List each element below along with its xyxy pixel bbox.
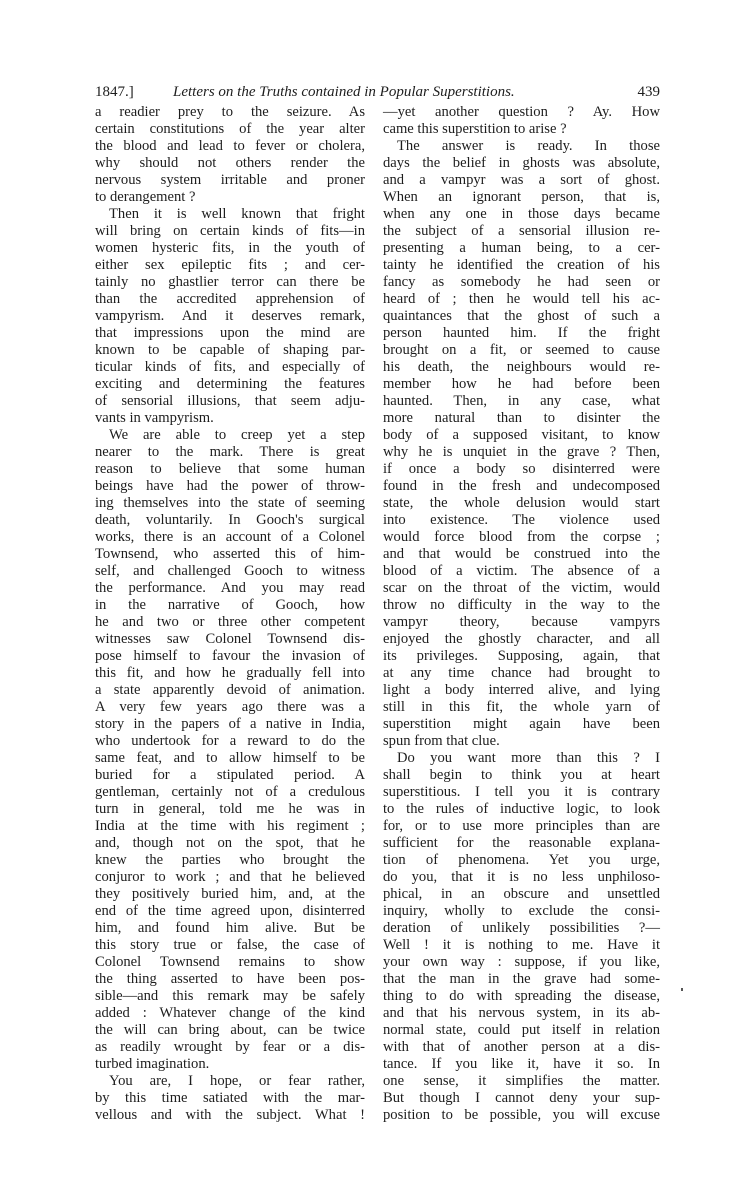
text-line: story in the papers of a native in India…: [95, 716, 365, 733]
text-line: spun from that clue.: [383, 733, 660, 750]
text-line: tainly no ghastlier terror can there be: [95, 274, 365, 291]
text-line: You are, I hope, or fear rather,: [95, 1073, 365, 1090]
text-line: light a body interred alive, and lying: [383, 682, 660, 699]
text-line: person haunted him. If the fright: [383, 325, 660, 342]
text-line: body of a supposed visitant, to know: [383, 427, 660, 444]
text-line: would force blood from the corpse ;: [383, 529, 660, 546]
text-line: this story true or false, the case of: [95, 937, 365, 954]
book-page: 1847.] Letters on the Truths contained i…: [0, 0, 750, 1180]
text-line: into existence. The violence used: [383, 512, 660, 529]
text-line: who undertook for a reward to do the: [95, 733, 365, 750]
text-line: normal state, could put itself in relati…: [383, 1022, 660, 1039]
text-line: brought on a fit, or seemed to cause: [383, 342, 660, 359]
text-line: superstition might again have been: [383, 716, 660, 733]
text-line: turbed imagination.: [95, 1056, 365, 1073]
text-line: will bring on certain kinds of fits—in: [95, 223, 365, 240]
text-line: pose himself to favour the invasion of: [95, 648, 365, 665]
text-line: sufficient for the reasonable explana-: [383, 835, 660, 852]
text-line: your own way : suppose, if you like,: [383, 954, 660, 971]
text-line: enjoyed the ghostly character, and all: [383, 631, 660, 648]
text-line: and a vampyr was a sort of ghost.: [383, 172, 660, 189]
text-line: nervous system irritable and proner: [95, 172, 365, 189]
text-line: When an ignorant person, that is,: [383, 189, 660, 206]
text-line: self, and challenged Gooch to witness: [95, 563, 365, 580]
text-line: death, voluntarily. In Gooch's surgical: [95, 512, 365, 529]
text-line: either sex epileptic fits ; and cer-: [95, 257, 365, 274]
text-line: sible—and this remark may be safely: [95, 988, 365, 1005]
text-line: phical, in an obscure and unsettled: [383, 886, 660, 903]
text-line: fancy as somebody he had seen or: [383, 274, 660, 291]
text-line: and that would be construed into the: [383, 546, 660, 563]
text-line: of sensorial illusions, that seem adju-: [95, 393, 365, 410]
text-line: gentleman, certainly not of a credulous: [95, 784, 365, 801]
text-line: its privileges. Supposing, again, that: [383, 648, 660, 665]
text-line: why should not others render the: [95, 155, 365, 172]
text-line: The answer is ready. In those: [383, 138, 660, 155]
running-header: 1847.] Letters on the Truths contained i…: [95, 84, 660, 102]
text-line: why he is unquiet in the grave ? Then,: [383, 444, 660, 461]
text-line: tance. If you like it, have it so. In: [383, 1056, 660, 1073]
text-line: tion of phenomena. Yet you urge,: [383, 852, 660, 869]
text-line: haunted. Then, in any case, what: [383, 393, 660, 410]
text-line: buried for a stipulated period. A: [95, 767, 365, 784]
text-line: works, there is an account of a Colonel: [95, 529, 365, 546]
text-line: in the narrative of Gooch, how: [95, 597, 365, 614]
text-line: still in this fit, the whole yarn of: [383, 699, 660, 716]
text-line: than the accredited apprehension of: [95, 291, 365, 308]
text-line: found in the fresh and undecomposed: [383, 478, 660, 495]
text-line: deration of unlikely possibilities ?—: [383, 920, 660, 937]
text-line: to the rules of inductive logic, to look: [383, 801, 660, 818]
text-line: blood of a victim. The absence of a: [383, 563, 660, 580]
page-number: 439: [638, 84, 661, 101]
text-line: Colonel Townsend remains to show: [95, 954, 365, 971]
text-line: position to be possible, you will excuse: [383, 1107, 660, 1124]
text-line: ing themselves into the state of seeming: [95, 495, 365, 512]
text-line: a readier prey to the seizure. As: [95, 104, 365, 121]
text-line: Then it is well known that fright: [95, 206, 365, 223]
text-line: this fit, and how he gradually fell into: [95, 665, 365, 682]
text-line: when any one in those days became: [383, 206, 660, 223]
text-line: turn in general, told me he was in: [95, 801, 365, 818]
text-line: more natural than to disinter the: [383, 410, 660, 427]
text-line: member how he had before been: [383, 376, 660, 393]
text-line: quaintances that the ghost of such a: [383, 308, 660, 325]
text-line: the thing asserted to have been pos-: [95, 971, 365, 988]
text-line: him, and found him alive. But be: [95, 920, 365, 937]
text-line: But though I cannot deny your sup-: [383, 1090, 660, 1107]
scan-speck: [681, 988, 683, 991]
text-line: Well ! it is nothing to me. Have it: [383, 937, 660, 954]
text-line: as readily wrought by fear or a dis-: [95, 1039, 365, 1056]
header-year: 1847.]: [95, 84, 134, 101]
text-line: vampyr theory, because vampyrs: [383, 614, 660, 631]
text-line: certain constitutions of the year alter: [95, 121, 365, 138]
text-line: conjuror to work ; and that he believed: [95, 869, 365, 886]
text-line: women hysteric fits, in the youth of: [95, 240, 365, 257]
text-line: shall begin to think you at heart: [383, 767, 660, 784]
text-line: one sense, it simplifies the matter.: [383, 1073, 660, 1090]
text-line: they positively buried him, and, at the: [95, 886, 365, 903]
text-line: knew the parties who brought the: [95, 852, 365, 869]
text-line: if once a body so disinterred were: [383, 461, 660, 478]
text-line: beings have had the power of throw-: [95, 478, 365, 495]
text-line: nearer to the mark. There is great: [95, 444, 365, 461]
text-line: scar on the throat of the victim, would: [383, 580, 660, 597]
text-line: to derangement ?: [95, 189, 365, 206]
text-line: and that his nervous system, in its ab-: [383, 1005, 660, 1022]
text-line: that impressions upon the mind are: [95, 325, 365, 342]
text-line: his death, the neighbours would re-: [383, 359, 660, 376]
text-line: heard of ; then he would tell his ac-: [383, 291, 660, 308]
text-line: with that of another person at a dis-: [383, 1039, 660, 1056]
right-column: —yet another question ? Ay. Howcame this…: [383, 104, 660, 1124]
text-line: days the belief in ghosts was absolute,: [383, 155, 660, 172]
text-line: he and two or three other competent: [95, 614, 365, 631]
text-line: presenting a human being, to a cer-: [383, 240, 660, 257]
text-line: the blood and lead to fever or cholera,: [95, 138, 365, 155]
text-line: witnesses saw Colonel Townsend dis-: [95, 631, 365, 648]
text-line: thing to do with spreading the disease,: [383, 988, 660, 1005]
text-line: the subject of a sensorial illusion re-: [383, 223, 660, 240]
text-line: tainty he identified the creation of his: [383, 257, 660, 274]
text-line: the will can bring about, can be twice: [95, 1022, 365, 1039]
text-line: vellous and with the subject. What !: [95, 1107, 365, 1124]
text-line: ticular kinds of fits, and especially of: [95, 359, 365, 376]
text-line: We are able to creep yet a step: [95, 427, 365, 444]
text-line: end of the time agreed upon, disinterred: [95, 903, 365, 920]
text-line: —yet another question ? Ay. How: [383, 104, 660, 121]
left-column: a readier prey to the seizure. Ascertain…: [95, 104, 365, 1124]
text-line: the performance. And you may read: [95, 580, 365, 597]
text-line: Do you want more than this ? I: [383, 750, 660, 767]
text-line: A very few years ago there was a: [95, 699, 365, 716]
text-line: vants in vampyrism.: [95, 410, 365, 427]
text-line: came this superstition to arise ?: [383, 121, 660, 138]
text-line: at any time chance had brought to: [383, 665, 660, 682]
text-line: state, the whole delusion would start: [383, 495, 660, 512]
text-line: reason to believe that some human: [95, 461, 365, 478]
text-line: same feat, and to allow himself to be: [95, 750, 365, 767]
text-line: inquiry, wholly to exclude the consi-: [383, 903, 660, 920]
text-line: known to be capable of shaping par-: [95, 342, 365, 359]
text-line: do you, that it is no less unphiloso-: [383, 869, 660, 886]
text-line: by this time satiated with the mar-: [95, 1090, 365, 1107]
text-line: exciting and determining the features: [95, 376, 365, 393]
text-line: Townsend, who asserted this of him-: [95, 546, 365, 563]
header-title: Letters on the Truths contained in Popul…: [173, 84, 515, 101]
text-line: added : Whatever change of the kind: [95, 1005, 365, 1022]
text-line: India at the time with his regiment ;: [95, 818, 365, 835]
text-line: and, though not on the spot, that he: [95, 835, 365, 852]
text-line: for, or to use more principles than are: [383, 818, 660, 835]
text-line: throw no difficulty in the way to the: [383, 597, 660, 614]
text-line: superstitious. I tell you it is contrary: [383, 784, 660, 801]
text-line: a state apparently devoid of animation.: [95, 682, 365, 699]
text-line: that the man in the grave had some-: [383, 971, 660, 988]
text-line: vampyrism. And it deserves remark,: [95, 308, 365, 325]
